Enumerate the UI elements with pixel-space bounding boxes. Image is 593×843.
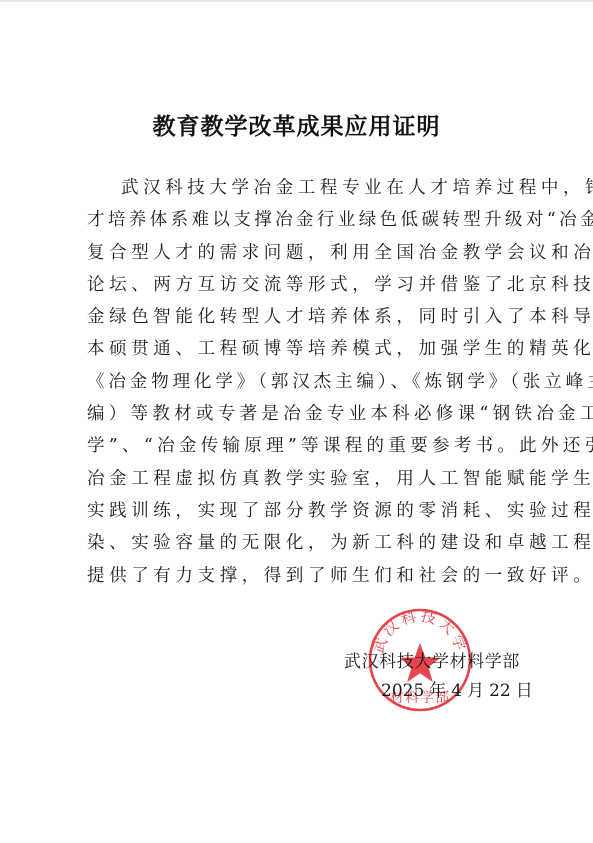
star-icon xyxy=(400,643,441,682)
official-seal: 武汉科技大学 材料学部 xyxy=(367,607,473,713)
page-top-edge xyxy=(0,0,593,2)
body-line: 《冶金物理化学》（郭汉杰主编）、《炼钢学》（张立峰主 xyxy=(87,370,517,402)
body-line: 提供了有力支撑，得到了师生们和社会的一致好评。 xyxy=(87,564,517,596)
body-line: 才培养体系难以支撑冶金行业绿色低碳转型升级对“冶金+” xyxy=(87,208,517,240)
body-line: 武汉科技大学冶金工程专业在人才培养过程中，针对人 xyxy=(87,176,517,208)
document-body: 武汉科技大学冶金工程专业在人才培养过程中，针对人 才培养体系难以支撑冶金行业绿色… xyxy=(87,176,517,596)
body-line: 本硕贯通、工程硕博等培养模式，加强学生的精英化培养。 xyxy=(87,337,517,369)
body-line: 复合型人才的需求问题，利用全国冶金教学会议和冶金院长 xyxy=(87,241,517,273)
date-day-unit: 日 xyxy=(516,681,533,701)
body-line: 金绿色智能化转型人才培养体系，同时引入了本科导师制、 xyxy=(87,305,517,337)
body-line: 实践训练，实现了部分教学资源的零消耗、实验过程的零污 xyxy=(87,499,517,531)
body-line: 编）等教材或专著是冶金专业本科必修课“钢铁冶金工艺 xyxy=(87,402,517,434)
body-line: 染、实验容量的无限化，为新工科的建设和卓越工程师培养 xyxy=(87,531,517,563)
document-title: 教育教学改革成果应用证明 xyxy=(0,112,593,142)
body-line: 论坛、两方互访交流等形式，学习并借鉴了北京科技大学冶 xyxy=(87,273,517,305)
stamp-bottom-text: 材料学部 xyxy=(390,689,450,706)
body-line: 冶金工程虚拟仿真教学实验室，用人工智能赋能学生的工程 xyxy=(87,467,517,499)
body-line: 学”、“冶金传输原理”等课程的重要参考书。此外还引入 xyxy=(87,434,517,466)
date-day: 22 xyxy=(489,681,511,701)
document-page: 教育教学改革成果应用证明 武汉科技大学冶金工程专业在人才培养过程中，针对人 才培… xyxy=(0,0,593,843)
